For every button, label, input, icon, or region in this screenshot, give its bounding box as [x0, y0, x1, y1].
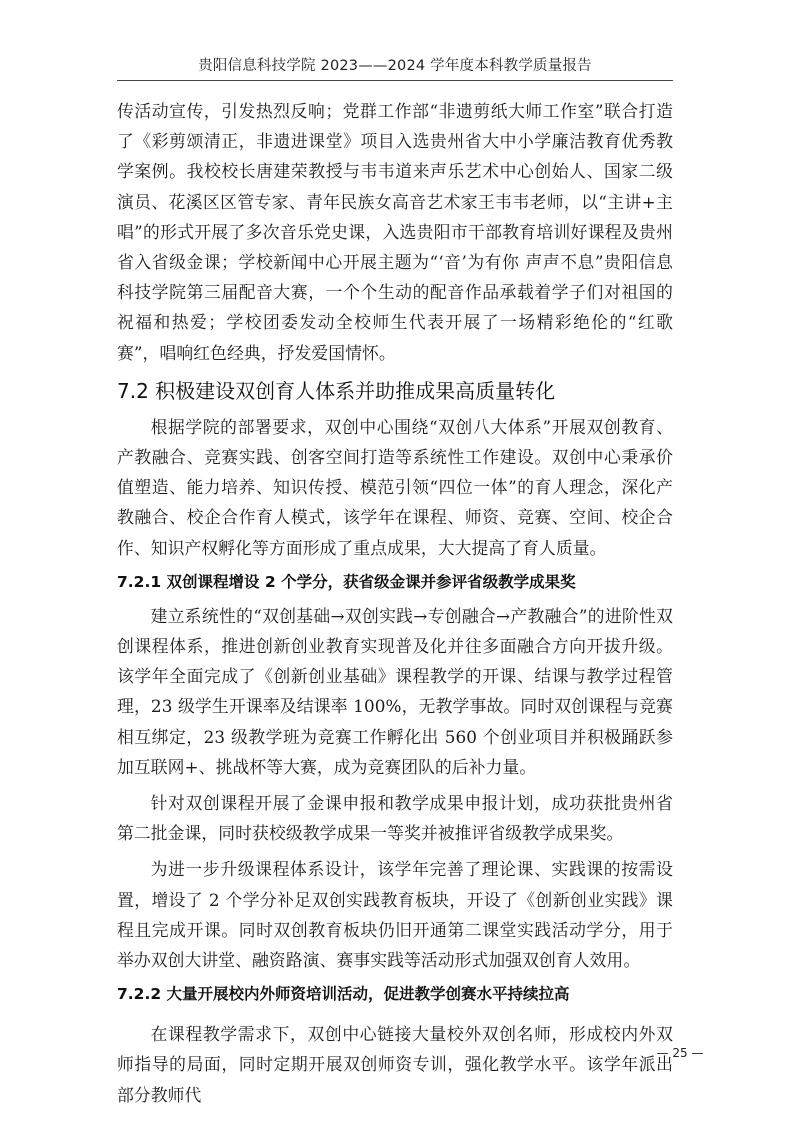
paragraph-7-2-1-b: 针对双创课程开展了金课申报和教学成果申报计划，成功获批贵州省第二批金课，同时获校… [117, 788, 673, 848]
paragraph-7-2-intro: 根据学院的部署要求，双创中心围绕“双创八大体系”开展双创教育、产教融合、竞赛实践… [117, 412, 673, 563]
paragraph-continued: 传活动宣传，引发热烈反响；党群工作部“非遗剪纸大师工作室”联合打造了《彩剪颂清正… [117, 96, 673, 368]
paragraph-7-2-2-a: 在课程教学需求下，双创中心链接大量校外双创名师，形成校内外双师指导的局面，同时定… [117, 1019, 673, 1110]
paragraph-7-2-1-a: 建立系统性的“双创基础→双创实践→专创融合→产教融合”的进阶性双创课程体系，推进… [117, 601, 673, 782]
page-header-title: 贵阳信息科技学院 2023——2024 学年度本科教学质量报告 [117, 54, 673, 75]
subsection-heading-7-2-2: 7.2.2 大量开展校内外师资培训活动，促进教学创赛水平持续拉高 [117, 979, 673, 1009]
header-divider [117, 80, 673, 81]
section-heading-7-2: 7.2 积极建设双创育人体系并助推成果高质量转化 [117, 374, 673, 408]
page-body: 传活动宣传，引发热烈反响；党群工作部“非遗剪纸大师工作室”联合打造了《彩剪颂清正… [117, 96, 673, 1110]
subsection-heading-7-2-1: 7.2.1 双创课程增设 2 个学分，获省级金课并参评省级教学成果奖 [117, 567, 673, 597]
page-number: — 25 — [620, 1046, 740, 1060]
paragraph-7-2-1-c: 为进一步升级课程体系设计，该学年完善了理论课、实践课的按需设置，增设了 2 个学… [117, 854, 673, 975]
